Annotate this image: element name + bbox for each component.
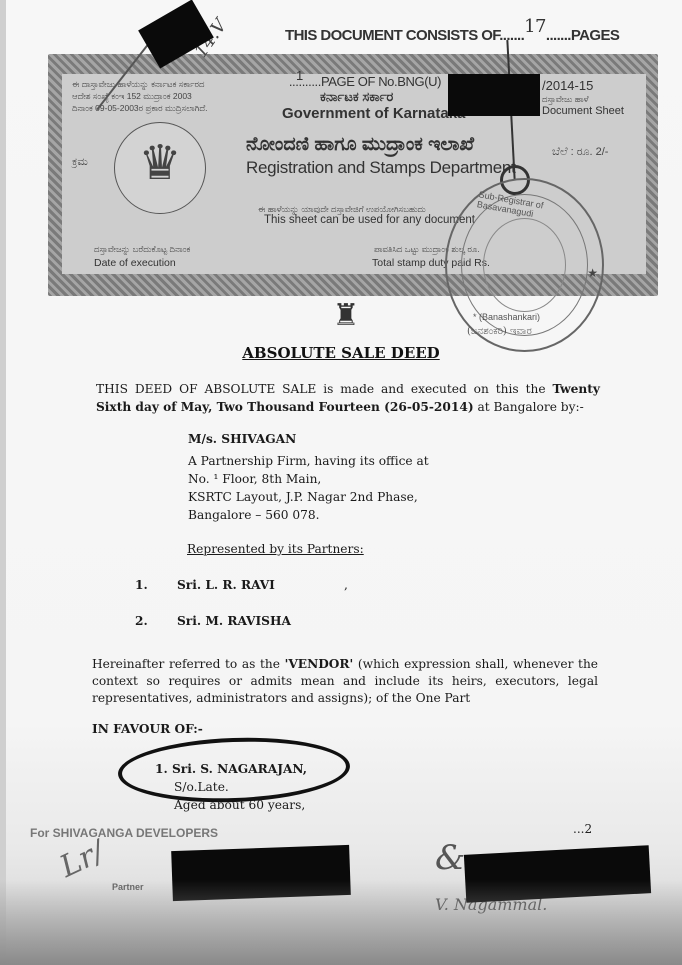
partner-number: 1. [135,576,148,594]
order-line: ಆದೇಶ ಸಂಖ್ಯೆ ಕಂಇ 152 ಮುದ್ರಾಂಕ 2003 [72,90,242,102]
order-line: ಈ ದಾಸ್ತಾವೇಜು ಹಾಳೆಯನ್ನು ಕರ್ನಾಟಕ ಸರ್ಕಾರದ [72,78,242,90]
vendor-term: 'VENDOR' [285,657,354,671]
serial-label: ಕ್ರಮ [72,156,88,169]
purchaser-name: 1. Sri. S. NAGARAJAN, [155,760,307,778]
consists-prefix: THIS DOCUMENT CONSISTS OF [285,27,499,44]
dots: ....... [546,27,571,44]
date-label-kannada: ದಸ್ತಾವೇಜನ್ನು ಬರೆದುಕೊಟ್ಟ ದಿನಾಂಕ [94,244,190,255]
consists-suffix: PAGES [571,27,619,44]
para-text: at Bangalore by:- [474,400,584,414]
para-text: THIS DEED OF ABSOLUTE SALE is made and e… [96,382,552,396]
emblem-icon: ♛ [115,135,205,191]
address-line: KSRTC Layout, J.P. Nagar 2nd Phase, [188,488,488,506]
karnataka-emblem: ♛ [114,122,206,214]
dept-english: Registration and Stamps Department [246,158,516,178]
opening-paragraph: THIS DEED OF ABSOLUTE SALE is made and e… [96,380,600,416]
stamp-price: ಬೆಲೆ : ರೂ. 2/- [552,146,608,159]
vendor-definition-paragraph: Hereinafter referred to as the 'VENDOR' … [92,656,598,707]
registration-year: /2014-15 [542,78,642,93]
ganesha-emblem-icon: ♜ [328,298,364,340]
para-text: Hereinafter referred to as the [92,657,285,671]
use-note-english: This sheet can be used for any document [264,214,475,226]
dots: ....... [499,27,524,44]
date-label-english: Date of execution [94,257,176,269]
represented-by-heading: Represented by its Partners: [187,540,364,558]
continued-marker: ...2 [573,822,592,836]
scan-bottom-shadow [0,880,682,965]
redaction [448,74,540,116]
doc-sheet-kannada: ದಸ್ತಾವೇಜು ಹಾಳೆ [542,93,642,105]
scan-edge-shadow [0,0,6,965]
deed-title: ABSOLUTE SALE DEED [0,344,682,362]
stamp-right-header: /2014-15 ದಸ್ತಾವೇಜು ಹಾಳೆ Document Sheet [542,78,642,117]
page-count-header: THIS DOCUMENT CONSISTS OF.......17......… [285,24,619,45]
in-favour-heading: IN FAVOUR OF:- [92,720,203,738]
partner-suffix: , [344,576,348,594]
pages-handwritten: 17 [524,16,546,37]
purchaser-parentage: S/o.Late. [174,778,229,796]
address-line: Bangalore – 560 078. [188,506,488,524]
star-icon: ★ [587,266,598,280]
purchaser-age: Aged about 60 years, [174,796,305,814]
firm-stamp: For SHIVAGANGA DEVELOPERS [30,826,218,840]
page-of-label: ..........PAGE OF No.BNG(U) [289,74,441,89]
seal-bottom-text: * (Banashankari) [473,312,540,322]
address-line: No. ¹ Floor, 8th Main, [188,470,488,488]
seal-ring [483,218,566,312]
partner-name: Sri. M. RAVISHA [177,612,291,630]
purchaser-signature: & [435,838,465,878]
doc-sheet-english: Document Sheet [542,105,642,117]
partner-number: 2. [135,612,148,630]
dept-kannada: ನೋಂದಣಿ ಹಾಗೂ ಮುದ್ರಾಂಕ ಇಲಾಖೆ [246,134,474,156]
seal-bottom-kannada: (ಬನಶಂಕರಿ) ಇವಾರ [467,326,532,337]
vendor-name: M/s. SHIVAGAN [188,430,296,448]
sub-registrar-seal: Sub-Registrar of Basavanagudi ★ * (Banas… [445,178,604,352]
vendor-address: A Partnership Firm, having its office at… [188,452,488,524]
partner-name: Sri. L. R. RAVI [177,576,275,594]
address-line: A Partnership Firm, having its office at [188,452,488,470]
page-number: 1 [296,68,303,83]
